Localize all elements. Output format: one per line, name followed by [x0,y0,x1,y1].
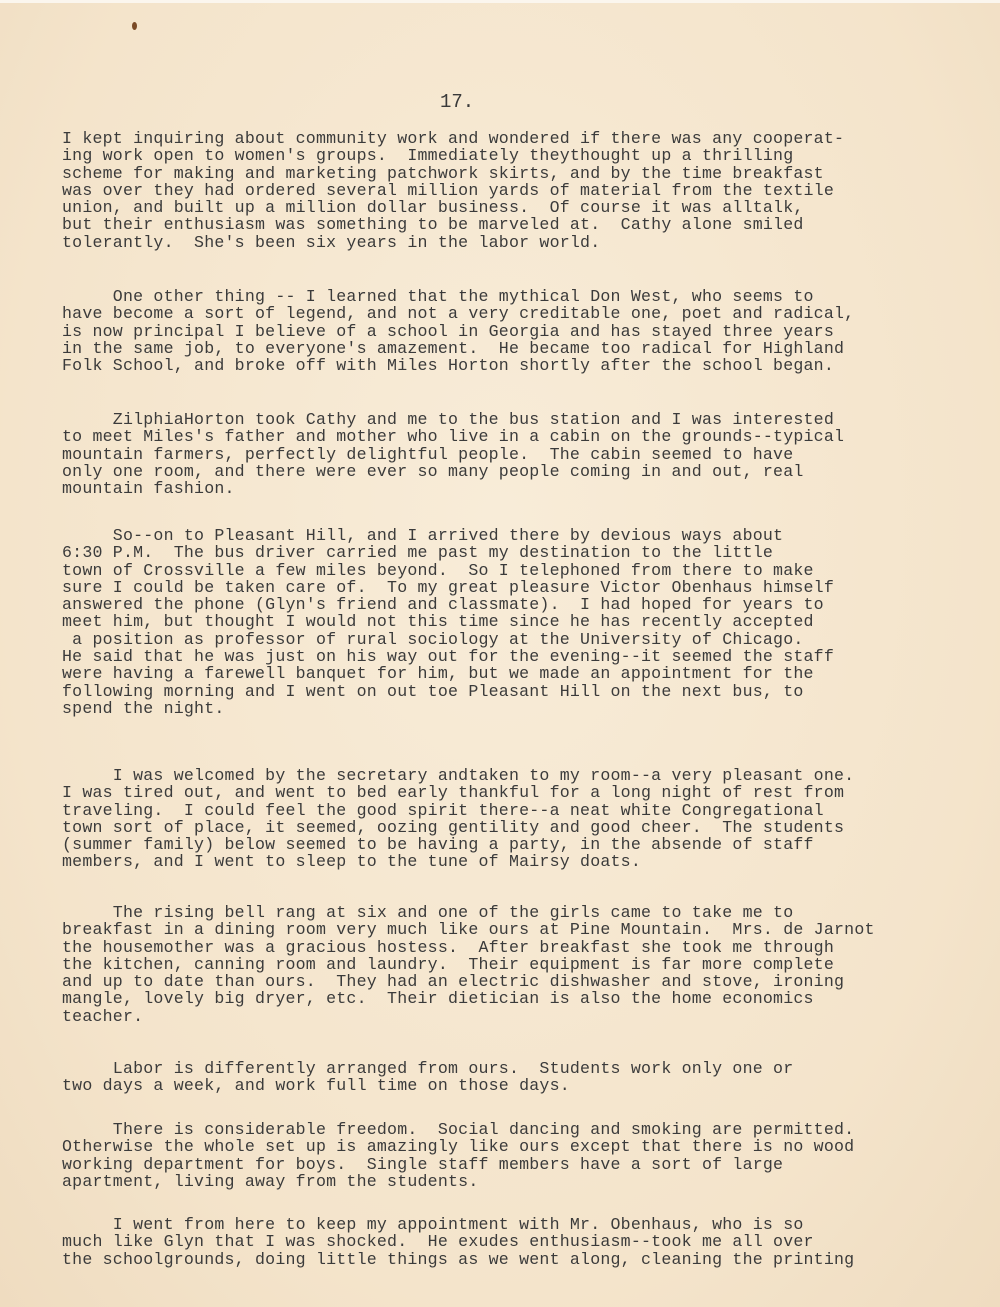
text-line: mountain fashion. [62,480,992,497]
text-line: mountain farmers, perfectly delightful p… [62,446,992,463]
text-line: the schoolgrounds, doing little things a… [62,1251,992,1268]
text-line: The rising bell rang at six and one of t… [62,904,992,921]
paragraph-zilphia-horton: ZilphiaHorton took Cathy and me to the b… [62,411,992,497]
text-line: working department for boys. Single staf… [62,1156,992,1173]
text-line: Otherwise the whole set up is amazingly … [62,1138,992,1155]
text-line: tolerantly. She's been six years in the … [62,234,992,251]
text-line: I went from here to keep my appointment … [62,1216,992,1233]
text-line: There is considerable freedom. Social da… [62,1121,992,1138]
paragraph-rising-bell: The rising bell rang at six and one of t… [62,904,992,1025]
text-line: town of Crossville a few miles beyond. S… [62,562,992,579]
text-line: only one room, and there were ever so ma… [62,463,992,480]
text-line: is now principal I believe of a school i… [62,323,992,340]
text-line: breakfast in a dining room very much lik… [62,921,992,938]
text-line: teacher. [62,1008,992,1025]
text-line: have become a sort of legend, and not a … [62,305,992,322]
text-line: traveling. I could feel the good spirit … [62,802,992,819]
text-line: Labor is differently arranged from ours.… [62,1060,992,1077]
paragraph-pleasant-hill: So--on to Pleasant Hill, and I arrived t… [62,527,992,717]
paragraph-obenhaus: I went from here to keep my appointment … [62,1216,992,1268]
text-line: following morning and I went on out toe … [62,683,992,700]
text-line: So--on to Pleasant Hill, and I arrived t… [62,527,992,544]
text-line: and up to date than ours. They had an el… [62,973,992,990]
text-line: Folk School, and broke off with Miles Ho… [62,357,992,374]
text-line: in the same job, to everyone's amazement… [62,340,992,357]
text-line: a position as professor of rural sociolo… [62,631,992,648]
text-line: scheme for making and marketing patchwor… [62,165,992,182]
text-line: I was welcomed by the secretary andtaken… [62,767,992,784]
text-line: apartment, living away from the students… [62,1173,992,1190]
text-line: ZilphiaHorton took Cathy and me to the b… [62,411,992,428]
text-line: spend the night. [62,700,992,717]
text-line: members, and I went to sleep to the tune… [62,853,992,870]
text-line: the kitchen, canning room and laundry. T… [62,956,992,973]
text-line: the housemother was a gracious hostess. … [62,939,992,956]
text-line: (summer family) below seemed to be havin… [62,836,992,853]
text-line: mangle, lovely big dryer, etc. Their die… [62,990,992,1007]
text-line: were having a farewell banquet for him, … [62,665,992,682]
page-number: 17. [440,91,474,113]
paper-speck [132,22,137,30]
text-line: much like Glyn that I was shocked. He ex… [62,1233,992,1250]
text-line: union, and built up a million dollar bus… [62,199,992,216]
typed-letter-page: 17. I kept inquiring about community wor… [0,0,1000,1307]
text-line: 6:30 P.M. The bus driver carried me past… [62,544,992,561]
text-line: One other thing -- I learned that the my… [62,288,992,305]
text-line: I was tired out, and went to bed early t… [62,784,992,801]
text-line: but their enthusiasm was something to be… [62,216,992,233]
text-line: I kept inquiring about community work an… [62,130,992,147]
text-line: town sort of place, it seemed, oozing ge… [62,819,992,836]
text-line: meet him, but thought I would not this t… [62,613,992,630]
text-line: ing work open to women's groups. Immedia… [62,147,992,164]
paragraph-don-west: One other thing -- I learned that the my… [62,288,992,374]
text-line: sure I could be taken care of. To my gre… [62,579,992,596]
text-line: He said that he was just on his way out … [62,648,992,665]
paragraph-welcomed: I was welcomed by the secretary andtaken… [62,767,992,871]
text-line: was over they had ordered several millio… [62,182,992,199]
paragraph-community-work: I kept inquiring about community work an… [62,130,992,251]
text-line: answered the phone (Glyn's friend and cl… [62,596,992,613]
text-line: two days a week, and work full time on t… [62,1077,992,1094]
paragraph-freedom: There is considerable freedom. Social da… [62,1121,992,1190]
text-line: to meet Miles's father and mother who li… [62,428,992,445]
paragraph-labor: Labor is differently arranged from ours.… [62,1060,992,1095]
